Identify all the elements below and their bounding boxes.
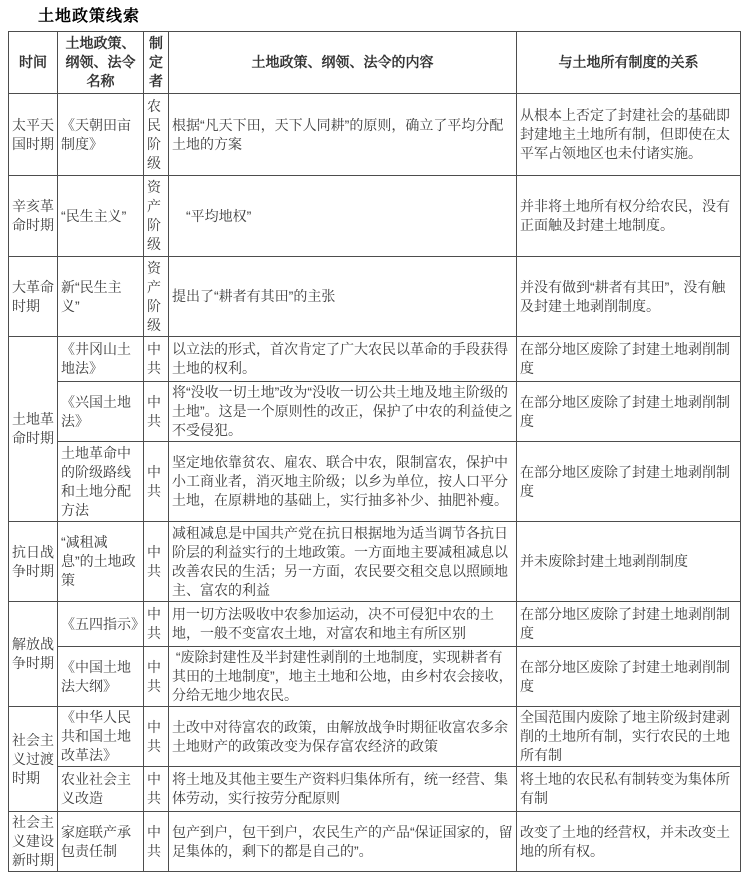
content-cell: 根据“凡天下田，天下人同耕”的原则，确立了平均分配土地的方案 [169,94,517,176]
maker-cell: 中共 [144,707,169,767]
name-cell: 土地革命中的阶级路线和土地分配方法 [58,442,144,522]
header-maker: 制定者 [144,32,169,94]
content-cell: 坚定地依靠贫农、雇农、联合中农，限制富农，保护中小工商业者，消灭地主阶级；以乡为… [169,442,517,522]
table-row: 解放战争时期 《五四指示》 中共 用一切方法吸收中农参加运动，决不可侵犯中农的土… [9,602,741,647]
policy-table: 时间 土地政策、纲领、法令名称 制定者 土地政策、纲领、法令的内容 与土地所有制… [8,31,741,872]
content-cell: 包产到户，包干到户，农民生产的产品“保证国家的，留足集体的，剩下的都是自己的”。 [169,812,517,872]
content-cell: 将土地及其他主要生产资料归集体所有，统一经营、集体劳动，实行按劳分配原则 [169,767,517,812]
relation-cell: 在部分地区废除了封建土地剥削制度 [517,647,741,707]
name-cell: 新“民生主义” [58,257,144,337]
table-row: 大革命时期 新“民生主义” 资产阶级 提出了“耕者有其田”的主张 并没有做到“耕… [9,257,741,337]
period-cell: 社会主义过渡时期 [9,707,58,812]
name-cell: 家庭联产承包责任制 [58,812,144,872]
name-cell: “减租减息”的土地政策 [58,522,144,602]
maker-cell: 中共 [144,812,169,872]
period-cell: 太平天国时期 [9,94,58,176]
table-row: 农业社会主义改造 中共 将土地及其他主要生产资料归集体所有，统一经营、集体劳动，… [9,767,741,812]
header-row: 时间 土地政策、纲领、法令名称 制定者 土地政策、纲领、法令的内容 与土地所有制… [9,32,741,94]
period-cell: 辛亥革命时期 [9,176,58,257]
table-row: 社会主义建设新时期 家庭联产承包责任制 中共 包产到户，包干到户，农民生产的产品… [9,812,741,872]
table-row: 辛亥革命时期 “民生主义” 资产阶级 “平均地权” 并非将土地所有权分给农民，没… [9,176,741,257]
period-cell: 解放战争时期 [9,602,58,707]
relation-cell: 在部分地区废除了封建土地剥削制度 [517,337,741,382]
content-cell: 用一切方法吸收中农参加运动，决不可侵犯中农的土地，一般不变富农土地，对富农和地主… [169,602,517,647]
content-cell: 提出了“耕者有其田”的主张 [169,257,517,337]
period-cell: 社会主义建设新时期 [9,812,58,872]
page-title: 土地政策线索 [38,3,140,26]
maker-cell: 中共 [144,602,169,647]
name-cell: “民生主义” [58,176,144,257]
maker-cell: 中共 [144,382,169,442]
relation-cell: 并未废除封建土地剥削制度 [517,522,741,602]
maker-cell: 中共 [144,522,169,602]
name-cell: 《兴国土地法》 [58,382,144,442]
maker-cell: 资产阶级 [144,176,169,257]
content-cell: 将“没收一切土地”改为“没收一切公共土地及地主阶级的土地”。这是一个原则性的改正… [169,382,517,442]
relation-cell: 在部分地区废除了封建土地剥削制度 [517,602,741,647]
period-cell: 土地革命时期 [9,337,58,522]
name-cell: 《中华人民共和国土地改革法》 [58,707,144,767]
name-cell: 《五四指示》 [58,602,144,647]
table-row: 土地革命中的阶级路线和土地分配方法 中共 坚定地依靠贫农、雇农、联合中农，限制富… [9,442,741,522]
relation-cell: 全国范围内废除了地主阶级封建剥削的土地所有制，实行农民的土地所有制 [517,707,741,767]
relation-cell: 将土地的农民私有制转变为集体所有制 [517,767,741,812]
maker-cell: 农民阶级 [144,94,169,176]
name-cell: 《中国土地法大纲》 [58,647,144,707]
relation-cell: 并没有做到“耕者有其田”，没有触及封建土地剥削制度。 [517,257,741,337]
table-row: 《兴国土地法》 中共 将“没收一切土地”改为“没收一切公共土地及地主阶级的土地”… [9,382,741,442]
maker-cell: 中共 [144,647,169,707]
relation-cell: 从根本上否定了封建社会的基础即封建地主土地所有制，但即使在太平军占领地区也未付诸… [517,94,741,176]
maker-cell: 中共 [144,442,169,522]
table-row: 土地革命时期 《井冈山土地法》 中共 以立法的形式，首次肯定了广大农民以革命的手… [9,337,741,382]
maker-cell: 中共 [144,767,169,812]
content-cell: “平均地权” [169,176,517,257]
maker-cell: 资产阶级 [144,257,169,337]
content-cell: “废除封建性及半封建性剥削的土地制度，实现耕者有其田的土地制度”，地主土地和公地… [169,647,517,707]
relation-cell: 并非将土地所有权分给农民，没有正面触及封建土地制度。 [517,176,741,257]
maker-cell: 中共 [144,337,169,382]
content-cell: 以立法的形式，首次肯定了广大农民以革命的手段获得土地的权利。 [169,337,517,382]
header-time: 时间 [9,32,58,94]
relation-cell: 在部分地区废除了封建土地剥削制度 [517,382,741,442]
name-cell: 《井冈山土地法》 [58,337,144,382]
header-policy-name: 土地政策、纲领、法令名称 [58,32,144,94]
table-row: 太平天国时期 《天朝田亩制度》 农民阶级 根据“凡天下田，天下人同耕”的原则，确… [9,94,741,176]
name-cell: 农业社会主义改造 [58,767,144,812]
period-cell: 大革命时期 [9,257,58,337]
relation-cell: 在部分地区废除了封建土地剥削制度 [517,442,741,522]
table-row: 社会主义过渡时期 《中华人民共和国土地改革法》 中共 土改中对待富农的政策，由解… [9,707,741,767]
period-cell: 抗日战争时期 [9,522,58,602]
header-relation: 与土地所有制度的关系 [517,32,741,94]
relation-cell: 改变了土地的经营权，并未改变土地的所有权。 [517,812,741,872]
table-row: 《中国土地法大纲》 中共 “废除封建性及半封建性剥削的土地制度，实现耕者有其田的… [9,647,741,707]
table-row: 抗日战争时期 “减租减息”的土地政策 中共 减租减息是中国共产党在抗日根据地为适… [9,522,741,602]
content-cell: 减租减息是中国共产党在抗日根据地为适当调节各抗日阶层的利益实行的土地政策。一方面… [169,522,517,602]
page: 土地政策线索 时间 土地政策、纲领、法令名称 制定者 土地政策、纲领、法令的内容… [0,0,747,875]
header-content: 土地政策、纲领、法令的内容 [169,32,517,94]
content-cell: 土改中对待富农的政策，由解放战争时期征收富农多余土地财产的政策改变为保存富农经济… [169,707,517,767]
name-cell: 《天朝田亩制度》 [58,94,144,176]
